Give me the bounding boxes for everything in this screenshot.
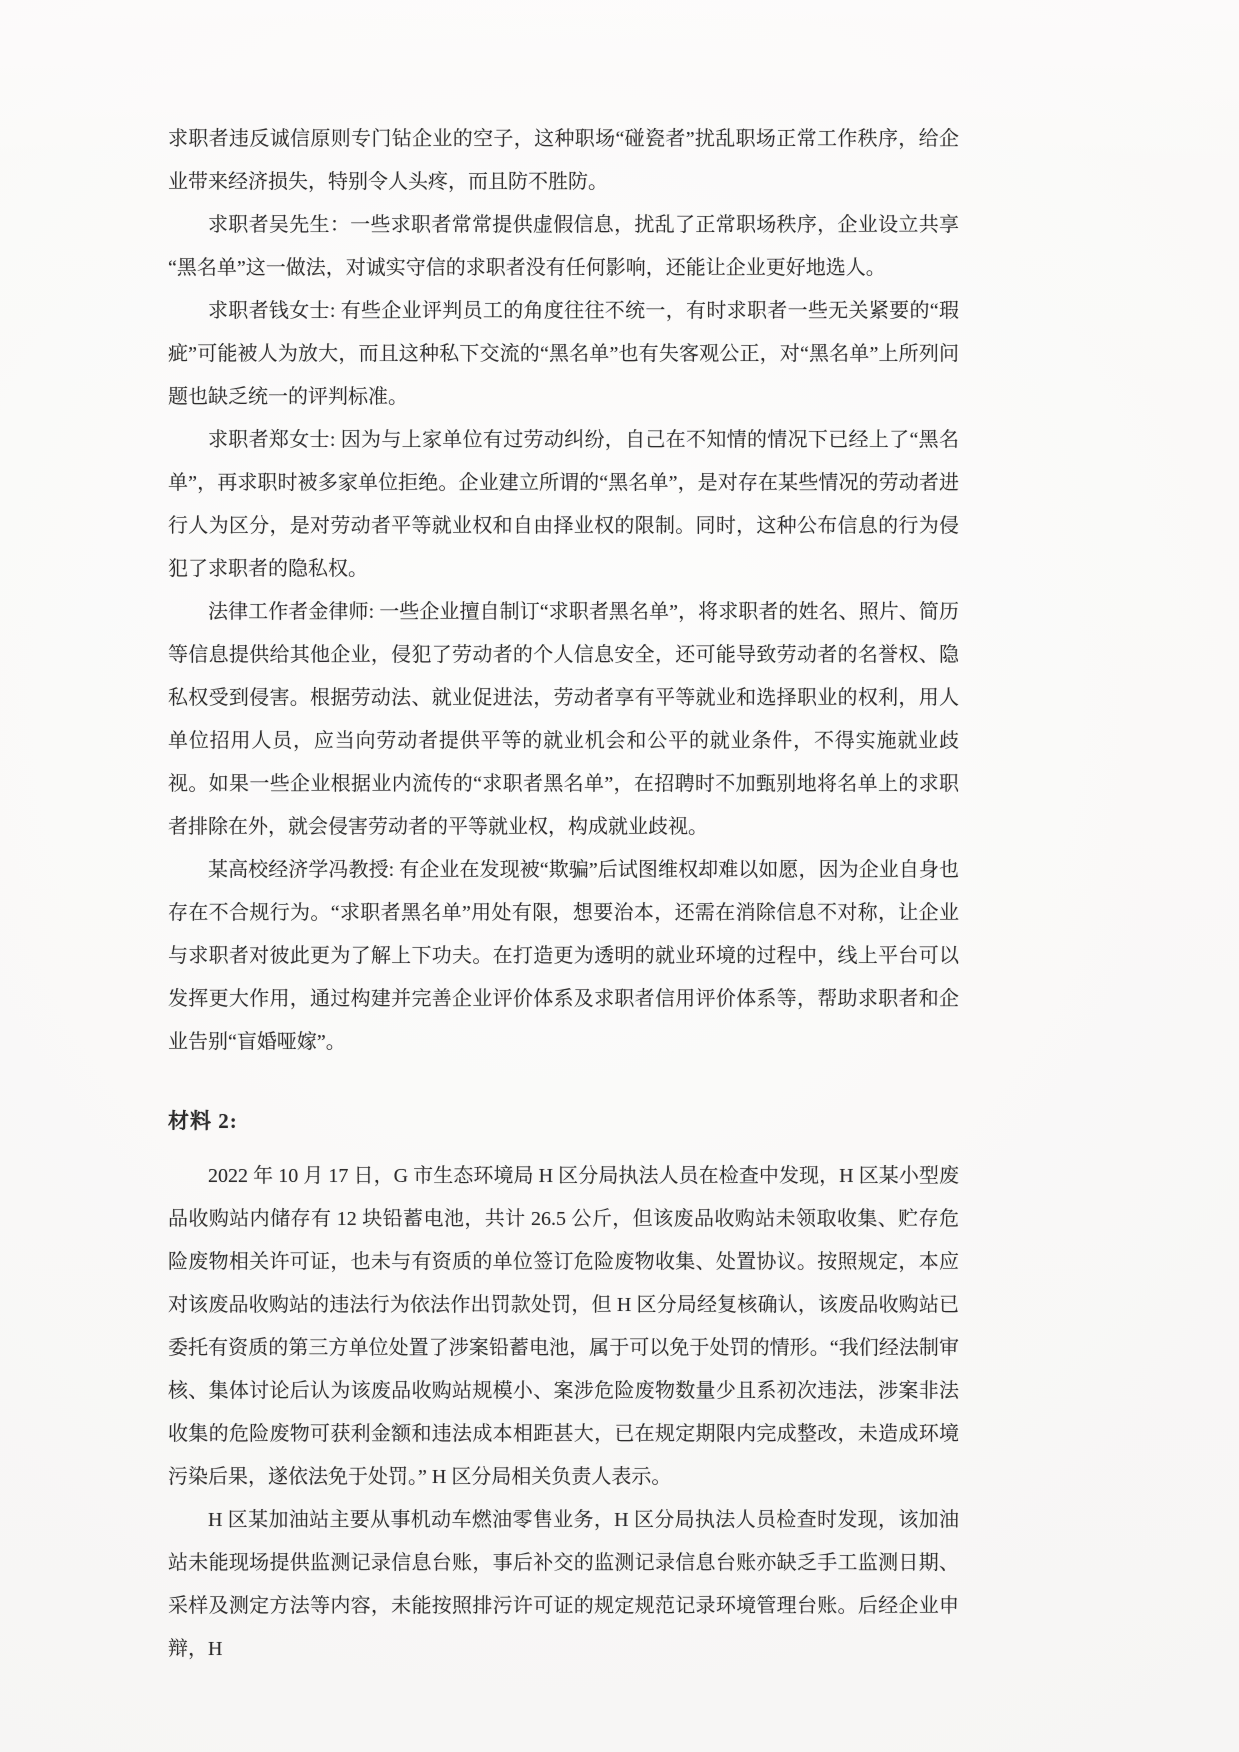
material1-paragraph-1: 求职者违反诚信原则专门钻企业的空子，这种职场“碰瓷者”扰乱职场正常工作秩序，给企… — [168, 118, 959, 204]
material2-paragraph-1: 2022 年 10 月 17 日，G 市生态环境局 H 区分局执法人员在检查中发… — [168, 1155, 959, 1499]
material-2-heading: 材料 2: — [168, 1100, 959, 1143]
material1-paragraph-3: 求职者钱女士: 有些企业评判员工的角度往往不统一，有时求职者一些无关紧要的“瑕疵… — [168, 290, 959, 419]
material1-paragraph-6: 某高校经济学冯教授: 有企业在发现被“欺骗”后试图维权却难以如愿，因为企业自身也… — [168, 849, 959, 1064]
material2-paragraph-2: H 区某加油站主要从事机动车燃油零售业务，H 区分局执法人员检查时发现，该加油站… — [168, 1499, 959, 1671]
document-page: 求职者违反诚信原则专门钻企业的空子，这种职场“碰瓷者”扰乱职场正常工作秩序，给企… — [0, 0, 1239, 1752]
material1-paragraph-4: 求职者郑女士: 因为与上家单位有过劳动纠纷，自己在不知情的情况下已经上了“黑名单… — [168, 419, 959, 591]
material1-paragraph-5: 法律工作者金律师: 一些企业擅自制订“求职者黑名单”，将求职者的姓名、照片、简历… — [168, 591, 959, 849]
document-text-block: 求职者违反诚信原则专门钻企业的空子，这种职场“碰瓷者”扰乱职场正常工作秩序，给企… — [168, 118, 959, 1671]
material1-paragraph-2: 求职者吴先生：一些求职者常常提供虚假信息，扰乱了正常职场秩序，企业设立共享“黑名… — [168, 204, 959, 290]
